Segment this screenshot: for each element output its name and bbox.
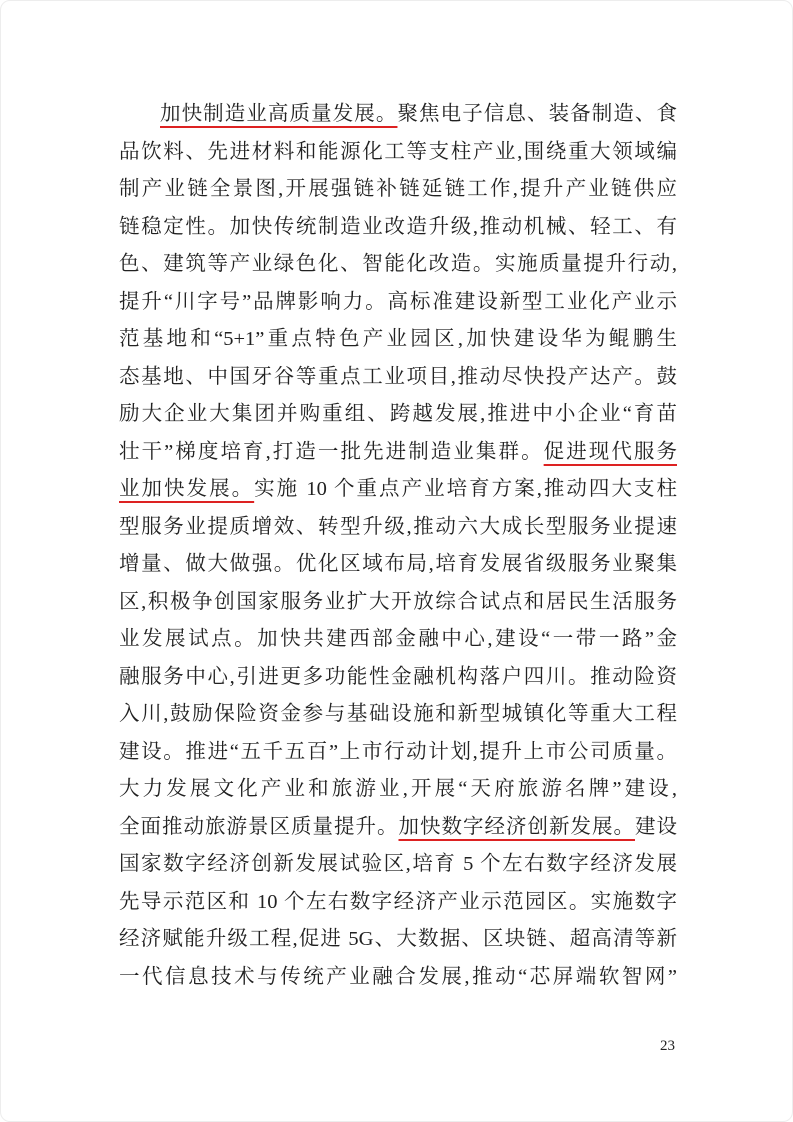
paragraph: 加快制造业高质量发展。聚焦电子信息、装备制造、食品饮料、先进材料和能源化工等支柱… [119,96,677,996]
text-segment: 聚焦电子信息、装备制造、食 [397,103,677,125]
text-line: 入川,鼓励保险资金参与基础设施和新型城镇化等重大工程 [119,696,677,734]
text-segment: 链稳定性。加快传统制造业改造升级,推动机械、轻工、有 [119,216,677,238]
text-segment: 励大企业大集团并购重组、跨越发展,推进中小企业“育苗 [119,403,677,425]
red-underlined-phrase: 加快数字经济创新发展。 [399,816,636,838]
text-line: 建设。推进“五千五百”上市行动计划,提升上市公司质量。 [119,734,677,772]
text-line: 范基地和“5+1”重点特色产业园区,加快建设华为鲲鹏生 [119,321,677,359]
text-segment: 大力发展文化产业和旅游业,开展“天府旅游名牌”建设, [119,778,677,800]
text-segment: 壮干”梯度培育,打造一批先进制造业集群。 [119,441,544,463]
text-line: 融服务中心,引进更多功能性金融机构落户四川。推动险资 [119,659,677,697]
text-segment: 提升“川字号”品牌影响力。高标准建设新型工业化产业示 [119,291,677,313]
text-line: 励大企业大集团并购重组、跨越发展,推进中小企业“育苗 [119,396,677,434]
text-segment: 建设 [635,816,677,838]
text-segment: 先导示范区和 10 个左右数字经济产业示范园区。实施数字 [119,891,677,913]
text-line: 业发展试点。加快共建西部金融中心,建设“一带一路”金 [119,621,677,659]
red-underlined-phrase: 促进现代服务 [544,441,677,463]
text-segment: 一代信息技术与传统产业融合发展,推动“芯屏端软智网” [119,966,677,988]
text-segment: 增量、做大做强。优化区域布局,培育发展省级服务业聚集 [119,553,677,575]
text-line: 品饮料、先进材料和能源化工等支柱产业,围绕重大领域编 [119,134,677,172]
text-segment: 色、建筑等产业绿色化、智能化改造。实施质量提升行动, [119,253,677,275]
text-segment: 国家数字经济创新发展试验区,培育 5 个左右数字经济发展 [119,853,677,875]
text-line: 链稳定性。加快传统制造业改造升级,推动机械、轻工、有 [119,209,677,247]
text-line: 增量、做大做强。优化区域布局,培育发展省级服务业聚集 [119,546,677,584]
red-underlined-phrase: 业加快发展。 [119,478,254,500]
text-segment: 建设。推进“五千五百”上市行动计划,提升上市公司质量。 [119,741,677,763]
text-line: 全面推动旅游景区质量提升。加快数字经济创新发展。建设 [119,809,677,847]
document-page: 加快制造业高质量发展。聚焦电子信息、装备制造、食品饮料、先进材料和能源化工等支柱… [0,0,793,1122]
text-segment: 全面推动旅游景区质量提升。 [119,816,399,838]
text-segment: 型服务业提质增效、转型升级,推动六大成长型服务业提速 [119,516,677,538]
text-line: 区,积极争创国家服务业扩大开放综合试点和居民生活服务 [119,584,677,622]
text-segment: 入川,鼓励保险资金参与基础设施和新型城镇化等重大工程 [119,703,677,725]
text-line: 一代信息技术与传统产业融合发展,推动“芯屏端软智网” [119,959,677,997]
page-number: 23 [660,1037,675,1055]
text-segment: 范基地和“5+1”重点特色产业园区,加快建设华为鲲鹏生 [119,328,677,350]
text-line: 先导示范区和 10 个左右数字经济产业示范园区。实施数字 [119,884,677,922]
text-segment: 态基地、中国牙谷等重点工业项目,推动尽快投产达产。鼓 [119,366,677,388]
text-line: 制产业链全景图,开展强链补链延链工作,提升产业链供应 [119,171,677,209]
text-line: 色、建筑等产业绿色化、智能化改造。实施质量提升行动, [119,246,677,284]
text-line: 经济赋能升级工程,促进 5G、大数据、区块链、超高清等新 [119,921,677,959]
text-line: 大力发展文化产业和旅游业,开展“天府旅游名牌”建设, [119,771,677,809]
text-segment: 经济赋能升级工程,促进 5G、大数据、区块链、超高清等新 [119,928,677,950]
text-line: 壮干”梯度培育,打造一批先进制造业集群。促进现代服务 [119,434,677,472]
text-segment: 制产业链全景图,开展强链补链延链工作,提升产业链供应 [119,178,677,200]
text-line: 型服务业提质增效、转型升级,推动六大成长型服务业提速 [119,509,677,547]
text-segment: 品饮料、先进材料和能源化工等支柱产业,围绕重大领域编 [119,141,677,163]
text-line: 态基地、中国牙谷等重点工业项目,推动尽快投产达产。鼓 [119,359,677,397]
text-line: 业加快发展。实施 10 个重点产业培育方案,推动四大支柱 [119,471,677,509]
text-segment: 实施 10 个重点产业培育方案,推动四大支柱 [254,478,677,500]
text-segment: 业发展试点。加快共建西部金融中心,建设“一带一路”金 [119,628,677,650]
text-segment: 融服务中心,引进更多功能性金融机构落户四川。推动险资 [119,666,677,688]
red-underlined-phrase: 加快制造业高质量发展。 [160,103,397,125]
text-segment: 区,积极争创国家服务业扩大开放综合试点和居民生活服务 [119,591,677,613]
text-line: 提升“川字号”品牌影响力。高标准建设新型工业化产业示 [119,284,677,322]
text-line: 加快制造业高质量发展。聚焦电子信息、装备制造、食 [119,96,677,134]
text-line: 国家数字经济创新发展试验区,培育 5 个左右数字经济发展 [119,846,677,884]
